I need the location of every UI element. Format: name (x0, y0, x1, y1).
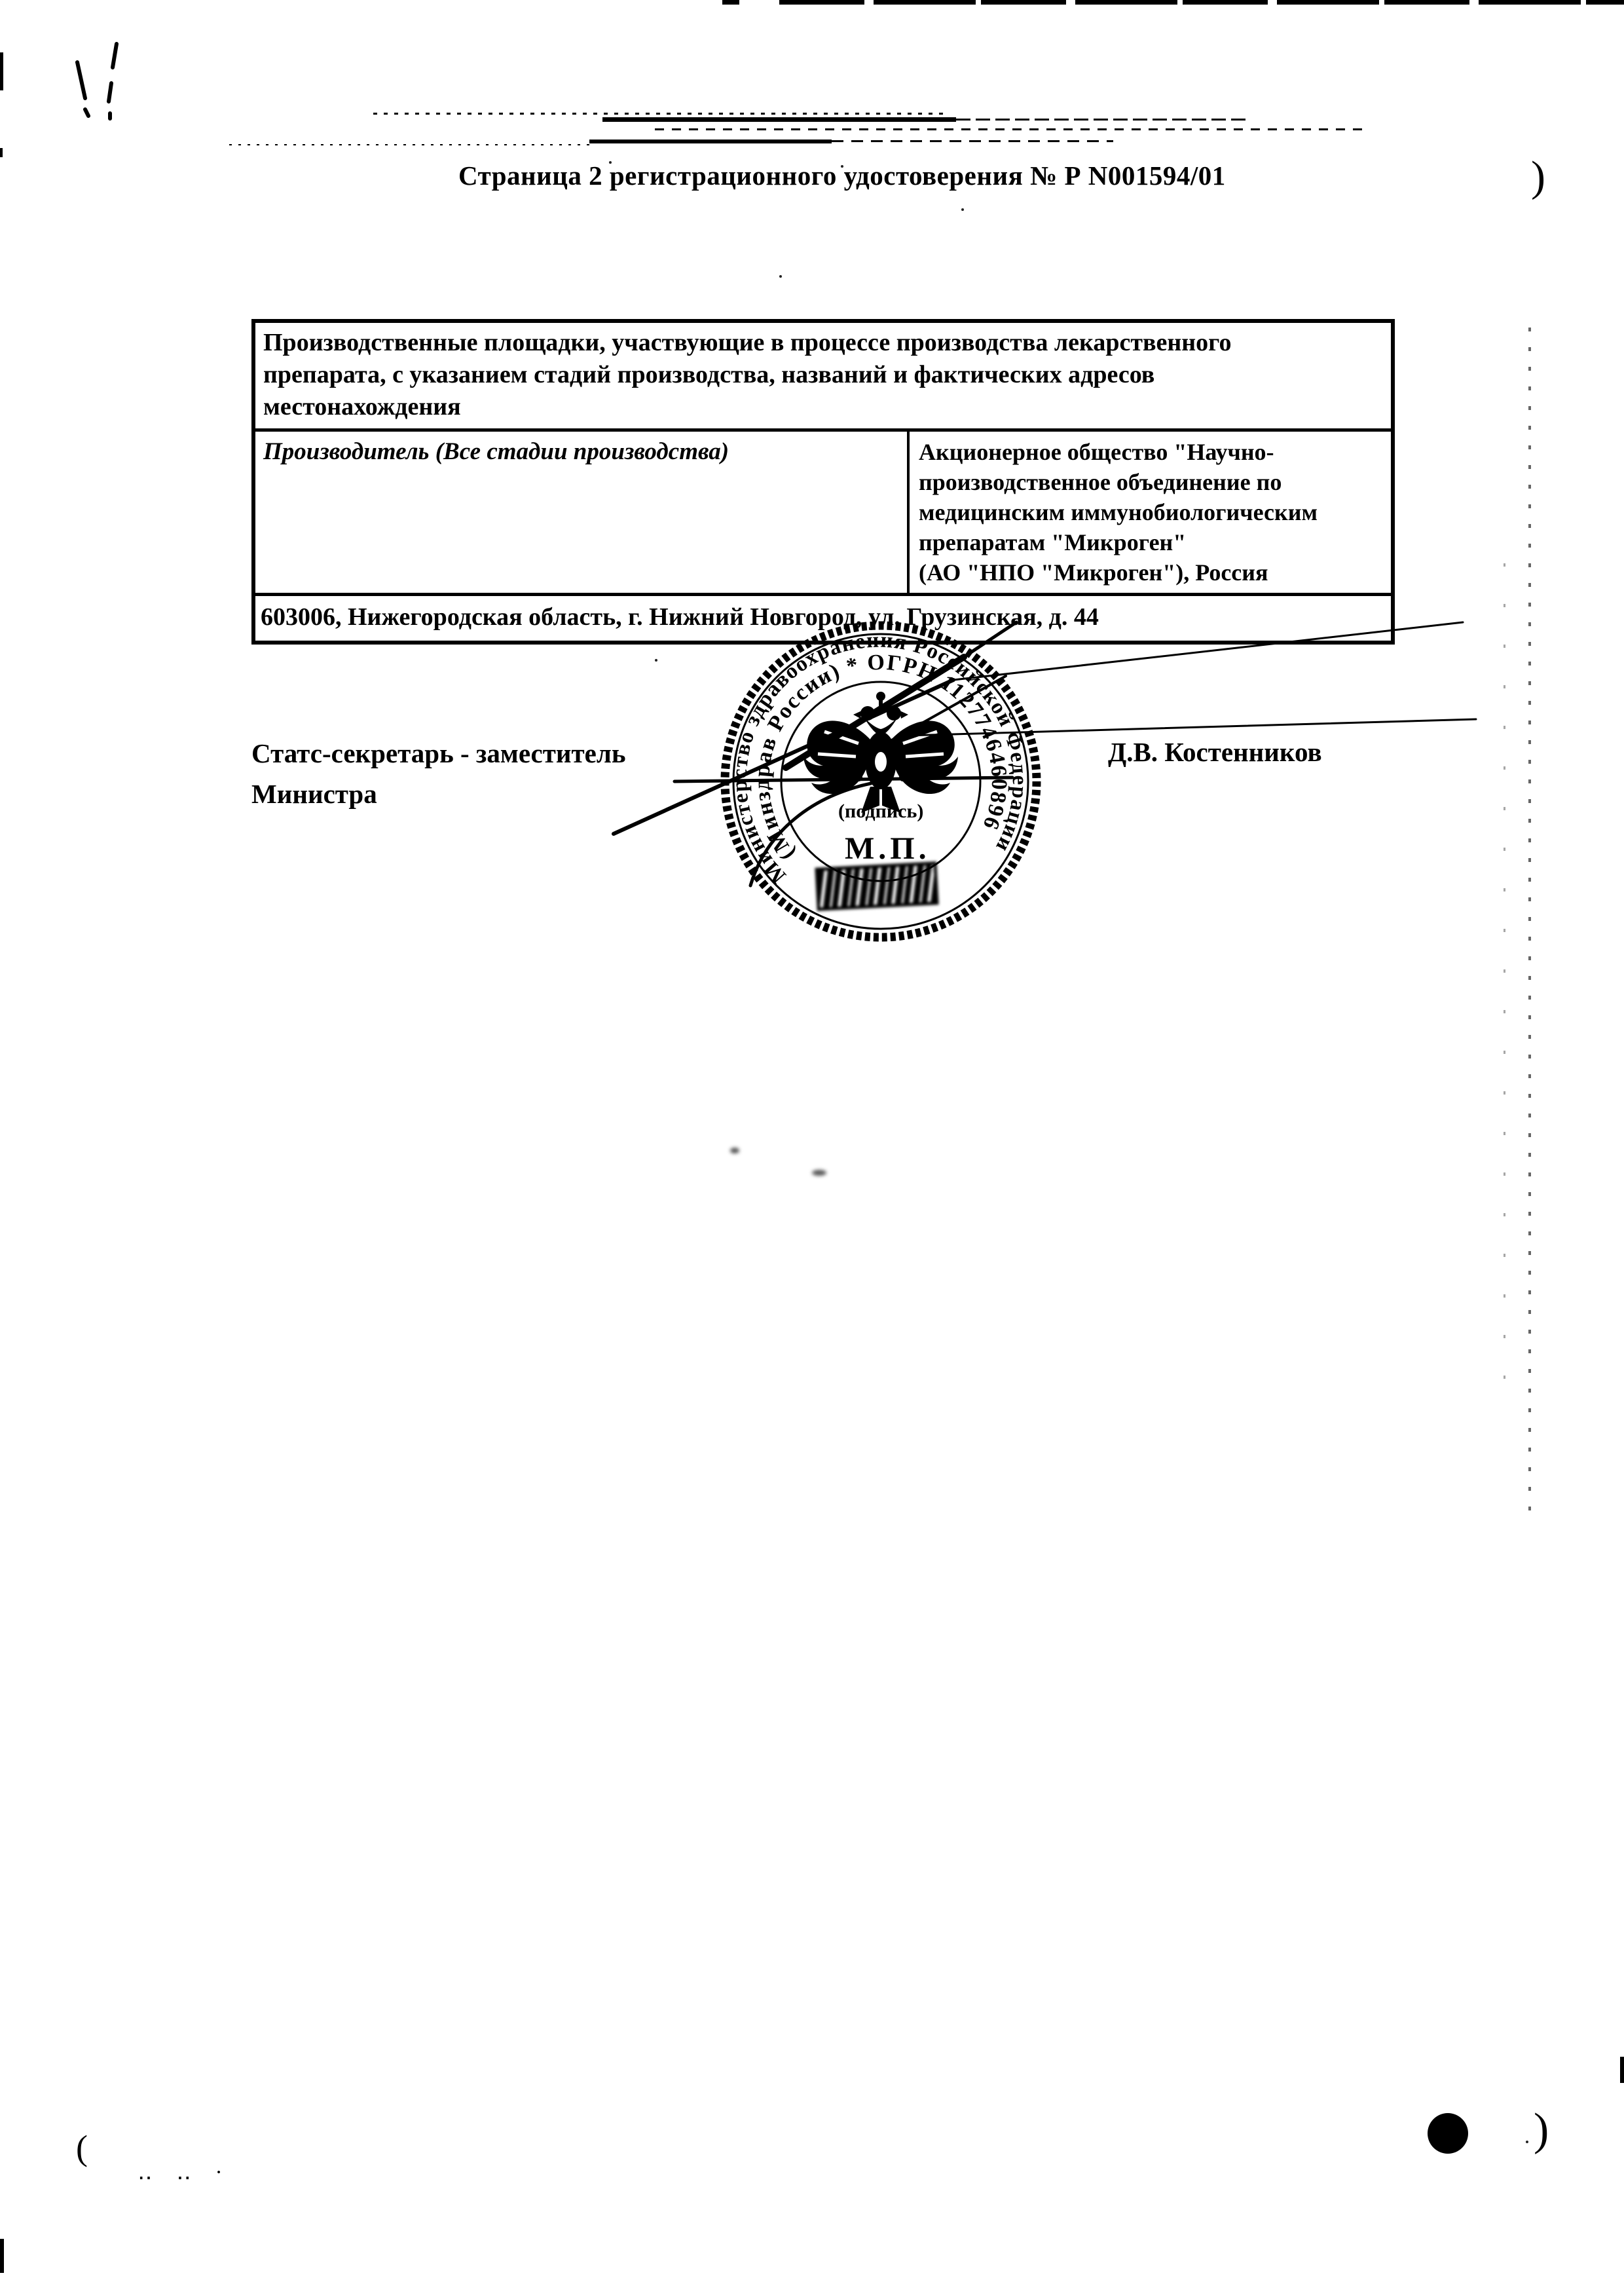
speck (961, 208, 964, 211)
scan-noise-line (589, 140, 832, 143)
speck (655, 659, 657, 662)
smear (812, 1170, 826, 1176)
page-header: Страница 2 регистрационного удостоверени… (458, 160, 1226, 191)
producer-label-cell: Производитель (Все стадии производства) (255, 432, 907, 593)
scan-noise-line (229, 144, 596, 145)
scan-paren-mark: ) (1534, 2104, 1549, 2156)
scan-noise-line (956, 119, 1251, 121)
scan-noise-line (602, 117, 956, 122)
scan-paren-mark: ( (76, 2127, 88, 2168)
scan-noise-line (373, 113, 950, 115)
producer-value-cell: Акционерное общество "Научно- производст… (907, 432, 1391, 593)
producer-value-line: медицинским иммунобиологическим (919, 497, 1382, 527)
scan-noise-line (655, 128, 1369, 130)
scan-paren-mark: ) (1531, 152, 1545, 202)
production-sites-table: Производственные площадки, участвующие в… (251, 319, 1395, 645)
scan-dots-mark: ‥ ‥ · (138, 2159, 232, 2185)
scanned-certificate-page: ) ) ( ‥ ‥ · Страница 2 регистрационного … (0, 0, 1624, 2286)
producer-value-line: препаратам "Микроген" (919, 527, 1382, 557)
scan-noise-dotted-column (1528, 328, 1531, 1513)
ministry-seal-stamp: Министерство здравоохранения Российской … (717, 618, 1044, 945)
scan-left-edge-mark (0, 148, 3, 157)
scan-left-edge-mark (0, 2239, 4, 2273)
scan-top-edge-line (779, 0, 1624, 5)
scan-noise-dotted-column (1504, 563, 1505, 1382)
table-header-line: препарата, с указанием стадий производст… (263, 359, 1383, 391)
signer-name: Д.В. Костенников (1108, 736, 1322, 768)
pen-scribble-mark (65, 36, 138, 128)
scan-right-edge-mark (1620, 2057, 1624, 2083)
producer-value-line: (АО "НПО "Микроген"), Россия (919, 557, 1382, 588)
smear (730, 1148, 739, 1153)
double-headed-eagle-icon (803, 692, 958, 813)
scan-top-edge-dash (722, 0, 739, 5)
signer-title-line2: Министра (251, 778, 377, 810)
producer-value-line: производственное объединение по (919, 467, 1382, 497)
table-header-line: Производственные площадки, участвующие в… (263, 327, 1383, 359)
table-header-cell: Производственные площадки, участвующие в… (255, 323, 1391, 432)
producer-value-line: Акционерное общество "Научно- (919, 437, 1382, 467)
hole-punch-dot (1428, 2113, 1468, 2154)
scan-left-edge-mark (0, 52, 3, 90)
producer-row: Производитель (Все стадии производства) … (255, 432, 1391, 593)
table-header-line: местонахождения (263, 391, 1383, 423)
speck (1526, 2141, 1528, 2143)
signer-title-line1: Статс-секретарь - заместитель (251, 738, 626, 769)
speck (779, 275, 782, 278)
scan-noise-line (832, 140, 1113, 142)
